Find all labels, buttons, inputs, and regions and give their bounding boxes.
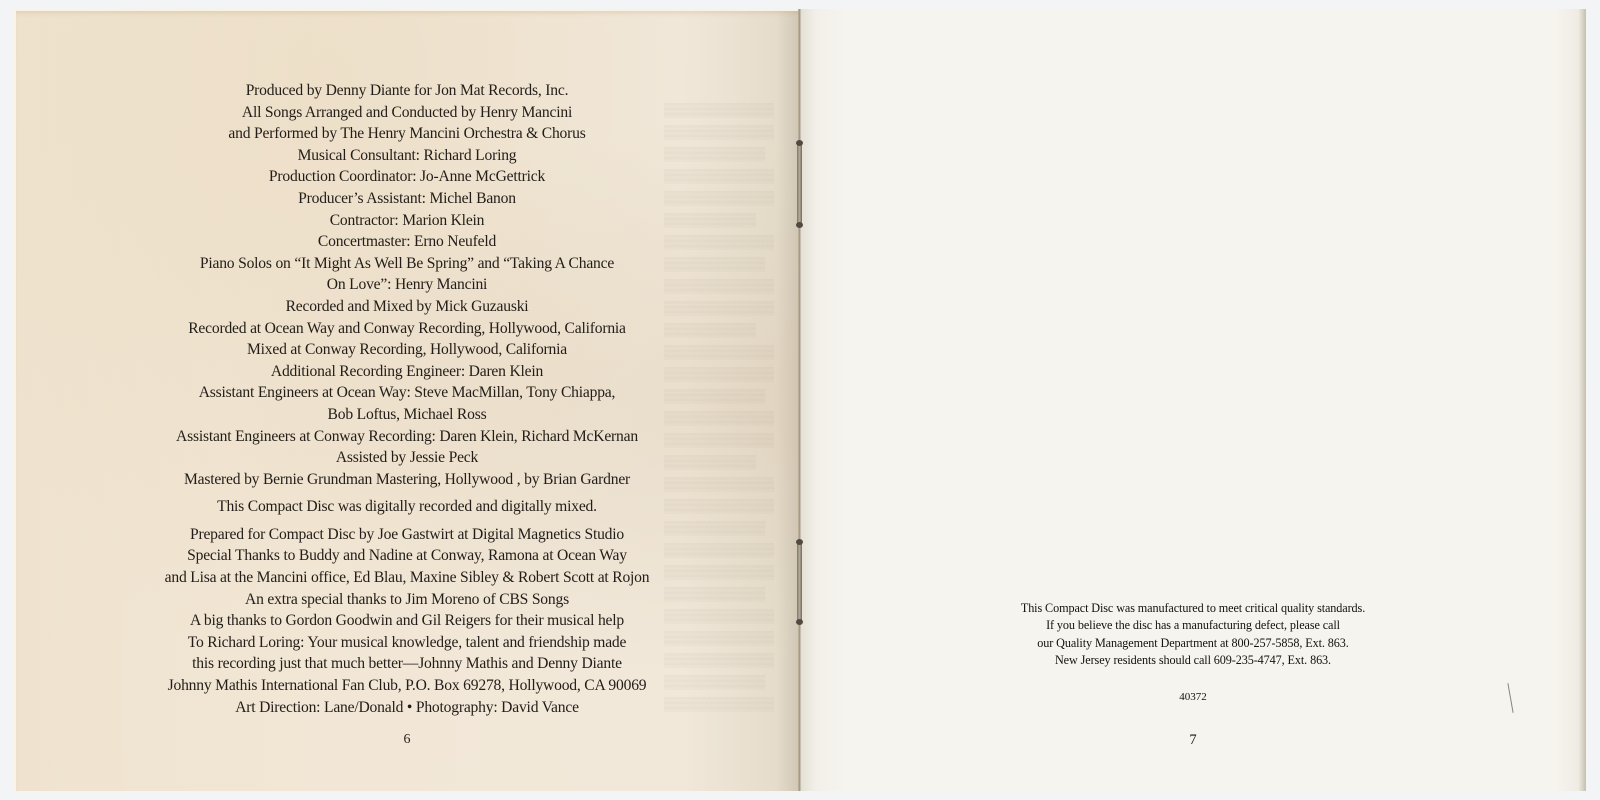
notice-line: New Jersey residents should call 609-235… [800,652,1586,669]
thanks-line: To Richard Loring: Your musical knowledg… [14,632,800,654]
notice-line: If you believe the disc has a manufactur… [800,617,1586,634]
art-direction-credit: Art Direction: Lane/Donald • Photography… [14,697,800,719]
credit-line: On Love”: Henry Mancini [14,274,800,296]
credit-line: Mixed at Conway Recording, Hollywood, Ca… [14,339,800,361]
thanks-line: Prepared for Compact Disc by Joe Gastwir… [14,524,800,546]
quality-notice: This Compact Disc was manufactured to me… [800,600,1586,669]
page-number-right: 7 [800,732,1586,749]
digital-recording-note: This Compact Disc was digitally recorded… [14,496,800,518]
credit-line: Musical Consultant: Richard Loring [14,145,800,167]
credit-line: Producer’s Assistant: Michel Banon [14,188,800,210]
thanks-line: A big thanks to Gordon Goodwin and Gil R… [14,610,800,632]
right-page [800,9,1586,791]
credit-line: Assistant Engineers at Conway Recording:… [14,426,800,448]
credits-block: Produced by Denny Diante for Jon Mat Rec… [14,80,800,718]
notice-line: This Compact Disc was manufactured to me… [800,600,1586,617]
credit-line: Recorded at Ocean Way and Conway Recordi… [14,318,800,340]
thanks-line: this recording just that much better—Joh… [14,653,800,675]
credit-line: Bob Loftus, Michael Ross [14,404,800,426]
thanks-line: and Lisa at the Mancini office, Ed Blau,… [14,567,800,589]
credit-line: All Songs Arranged and Conducted by Henr… [14,102,800,124]
credit-line: Assistant Engineers at Ocean Way: Steve … [14,382,800,404]
notice-line: our Quality Management Department at 800… [800,635,1586,652]
booklet-spread: ▒▒▒▒▒▒▒▒▒▒▒▒▒▒▒▒▒▒▒▒▒▒▒▒▒▒▒▒▒▒▒▒▒▒▒▒▒▒▒▒… [14,9,1586,791]
credit-line: Piano Solos on “It Might As Well Be Spri… [14,253,800,275]
credit-line: Produced by Denny Diante for Jon Mat Rec… [14,80,800,102]
credit-line: Assisted by Jessie Peck [14,447,800,469]
credit-line: Recorded and Mixed by Mick Guzauski [14,296,800,318]
credit-line: and Performed by The Henry Mancini Orche… [14,123,800,145]
fan-club-address: Johnny Mathis International Fan Club, P.… [14,675,800,697]
thanks-line: Special Thanks to Buddy and Nadine at Co… [14,545,800,567]
credit-line: Additional Recording Engineer: Daren Kle… [14,361,800,383]
credit-line: Mastered by Bernie Grundman Mastering, H… [14,469,800,491]
page-number-left: 6 [14,732,800,748]
catalog-number: 40372 [800,691,1586,703]
credit-line: Contractor: Marion Klein [14,210,800,232]
credit-line: Concertmaster: Erno Neufeld [14,231,800,253]
credit-line: Production Coordinator: Jo-Anne McGettri… [14,166,800,188]
thanks-line: An extra special thanks to Jim Moreno of… [14,589,800,611]
